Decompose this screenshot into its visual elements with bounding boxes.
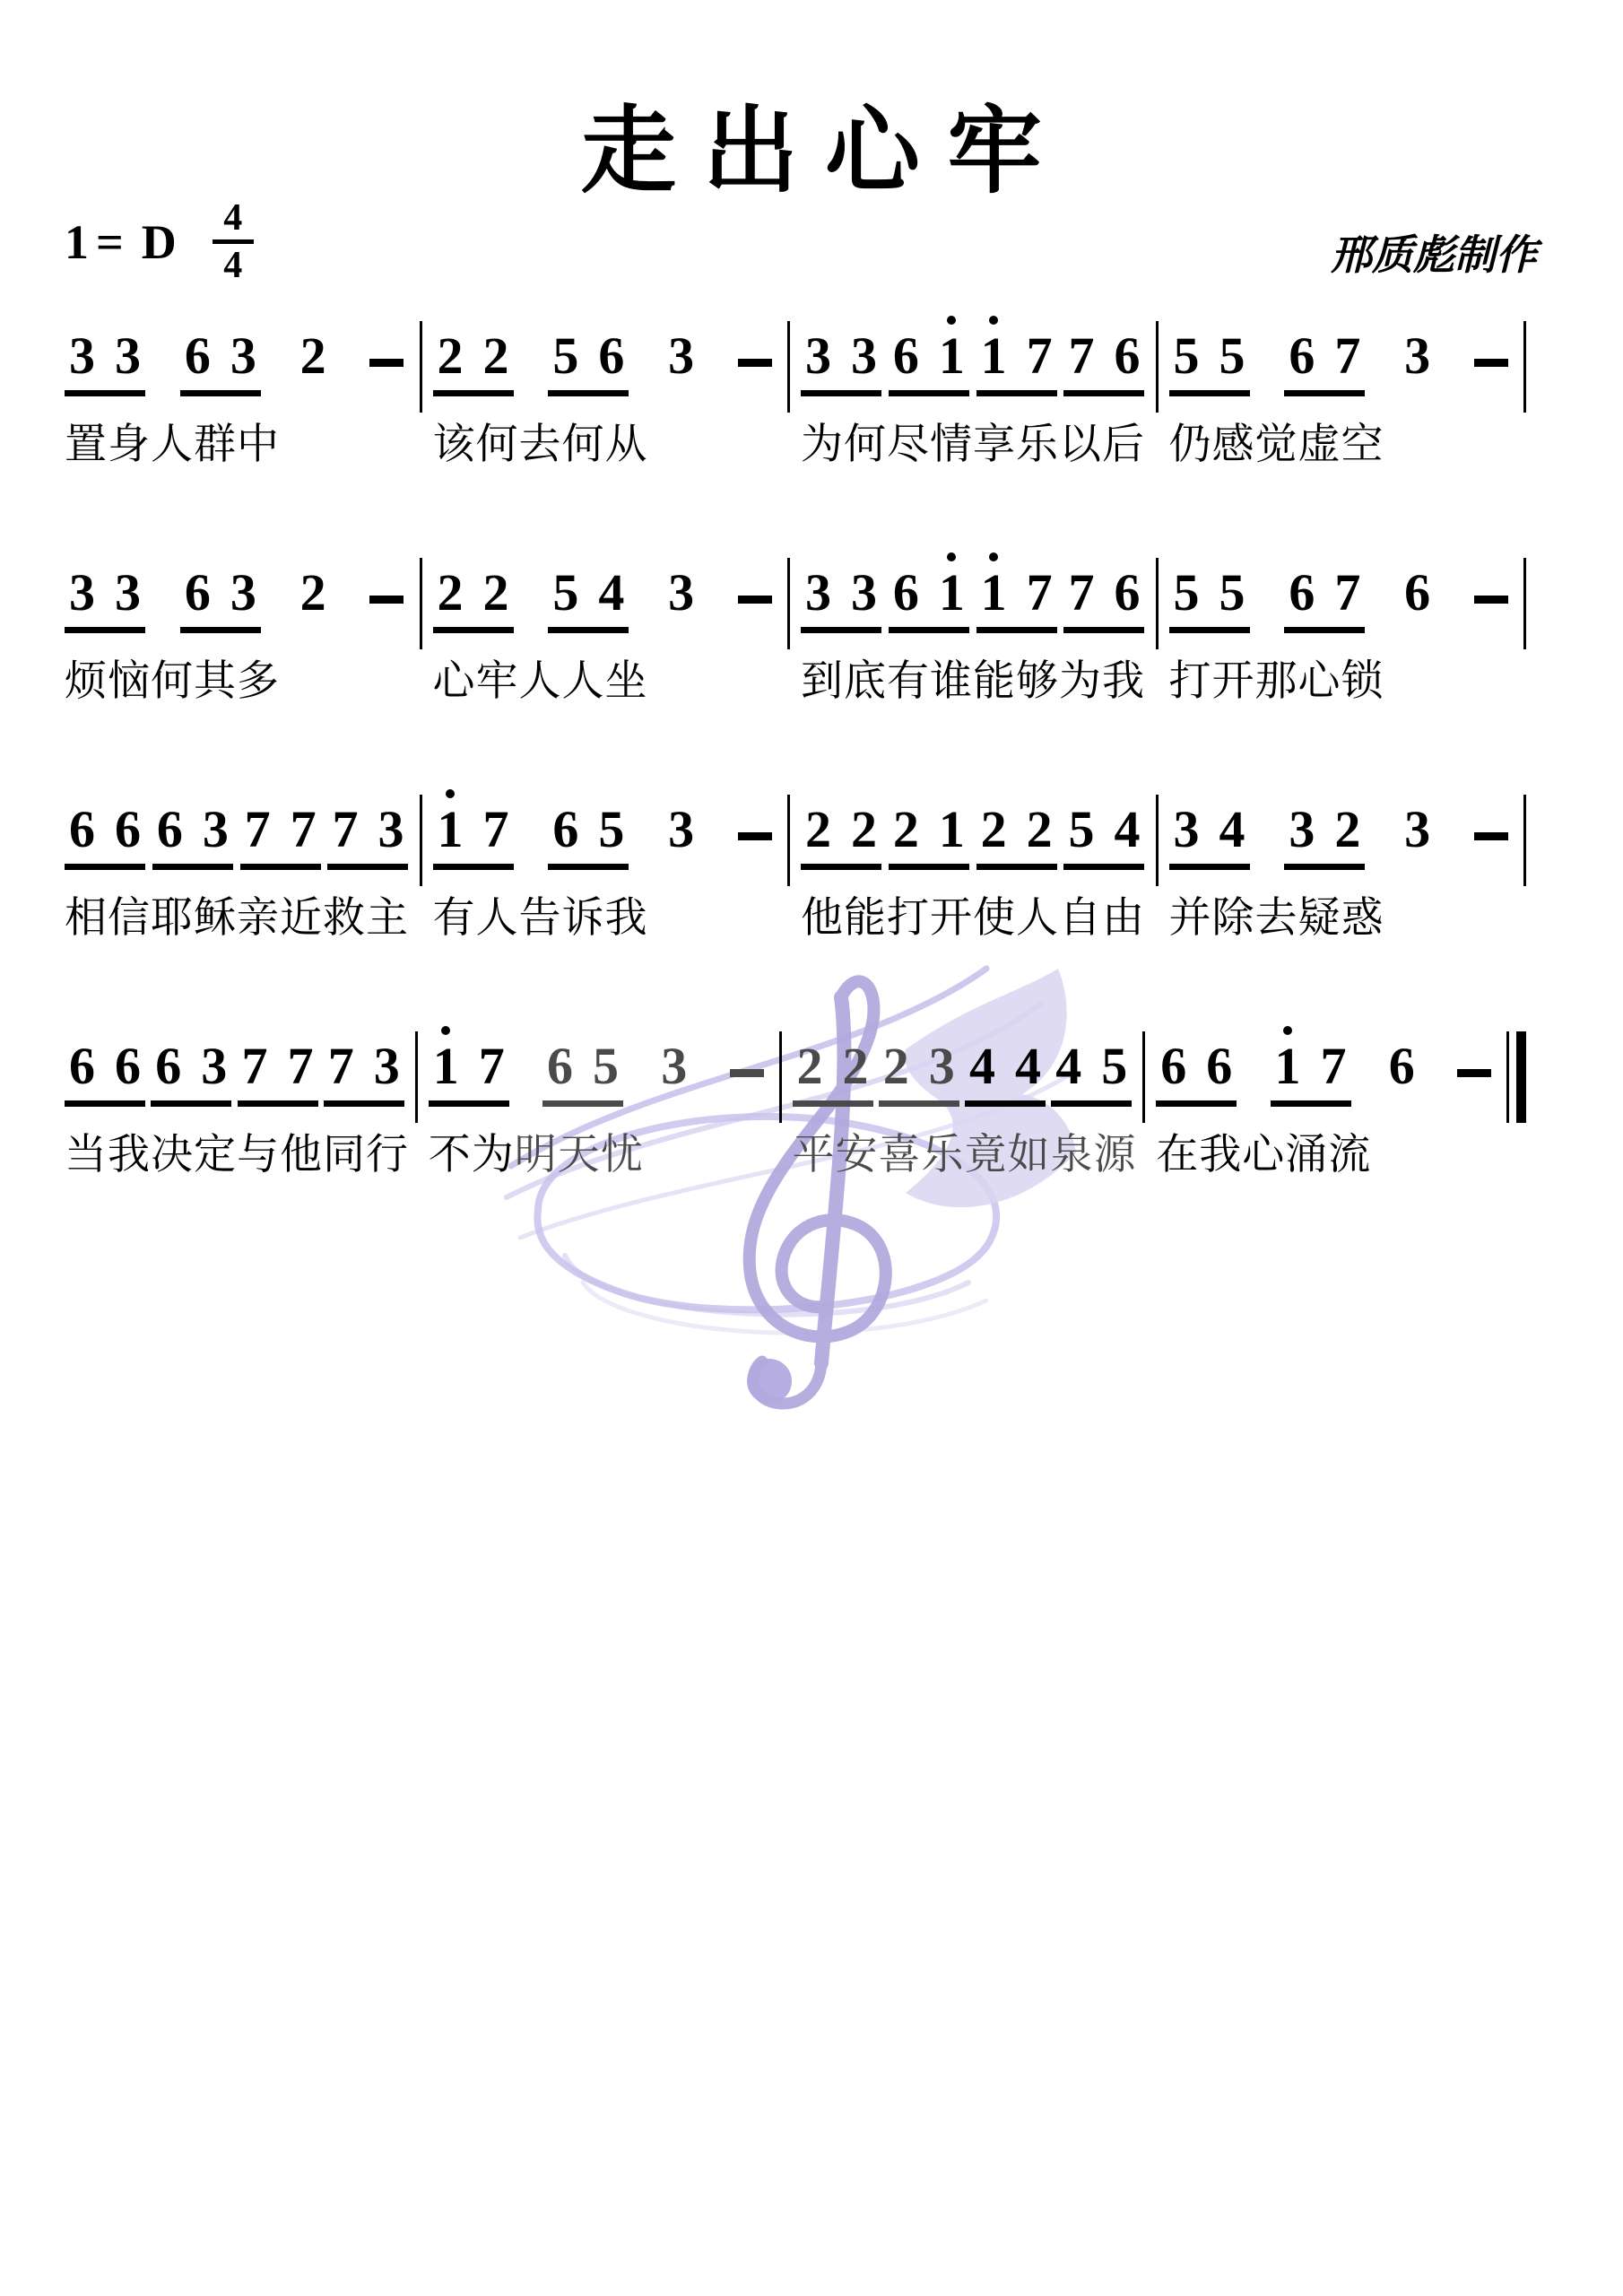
barline-stroke bbox=[1156, 321, 1159, 413]
note-digit: 7 bbox=[291, 804, 317, 856]
note-digit: 6 bbox=[155, 1040, 181, 1092]
meter-bar bbox=[213, 239, 254, 244]
note-digit: 3 bbox=[230, 330, 256, 382]
note-digit: 2 bbox=[805, 804, 831, 856]
note-digit: 6 bbox=[547, 1040, 573, 1092]
note-digit: 7 bbox=[332, 804, 358, 856]
measure: 55673仍感觉虚空 bbox=[1169, 314, 1514, 468]
note-digit: 6 bbox=[69, 1040, 95, 1092]
lyric-text: 相信耶稣亲近救主 bbox=[65, 893, 409, 941]
notes-row: 55673 bbox=[1169, 314, 1514, 396]
lyric-text: 他能打开使人自由 bbox=[801, 893, 1145, 941]
barline-stroke-thick bbox=[1516, 1031, 1526, 1123]
lyric-text: 烦恼何其多 bbox=[65, 657, 280, 704]
lyric-line: 为何尽情享乐以后 bbox=[801, 420, 1145, 468]
note-digit-high-octave: 1 bbox=[433, 1040, 459, 1092]
note-digit: 3 bbox=[851, 330, 877, 382]
note-digit: 7 bbox=[1321, 1040, 1347, 1092]
measure: 33632烦恼何其多 bbox=[65, 551, 409, 705]
barline-stroke bbox=[1506, 1031, 1509, 1123]
notes-row: 55676 bbox=[1169, 551, 1514, 633]
barline-stroke bbox=[420, 321, 422, 413]
note-digit: 6 bbox=[893, 330, 919, 382]
arranger-credit: 邢质彪制作 bbox=[1331, 222, 1537, 282]
beat-group: 44 bbox=[965, 1040, 1046, 1107]
note-digit: 4 bbox=[598, 567, 624, 619]
barline bbox=[1142, 1031, 1145, 1123]
lyric-text: 心牢人人坐 bbox=[433, 657, 648, 704]
barline bbox=[420, 321, 422, 413]
note-digit: 3 bbox=[69, 567, 95, 619]
barline-stroke bbox=[1523, 795, 1526, 886]
notes-row: 33632 bbox=[65, 551, 409, 633]
sheet-music-page: 走出心牢 1 = D 4 4 邢质彪制作 33632置身人群中22563 bbox=[0, 0, 1623, 2296]
beat-group: 3 bbox=[1400, 330, 1435, 396]
barline-stroke bbox=[787, 558, 790, 649]
note-digit: 6 bbox=[1206, 1040, 1232, 1092]
beat-group: 32 bbox=[1284, 804, 1365, 870]
note-digit: 2 bbox=[797, 1040, 823, 1092]
measure: 22212254他能打开使人自由 bbox=[801, 787, 1145, 942]
system-row: 33632置身人群中22563该何去何从33611776为何尽情享乐以后5567… bbox=[65, 314, 1537, 468]
note-digit: 6 bbox=[1160, 1040, 1186, 1092]
note-digit: 4 bbox=[1015, 1040, 1041, 1092]
note-digit: 3 bbox=[374, 1040, 400, 1092]
beat-group: 55 bbox=[1169, 567, 1250, 633]
note-digit: 3 bbox=[378, 804, 404, 856]
note-digit-high-octave: 1 bbox=[1275, 1040, 1301, 1092]
beat-group bbox=[733, 832, 777, 870]
note-digit: 2 bbox=[438, 330, 464, 382]
lyric-text: 平安喜乐竟如泉源 bbox=[793, 1130, 1137, 1178]
beat-group: 61 bbox=[889, 567, 969, 633]
note-digit-high-octave: 1 bbox=[981, 567, 1007, 619]
note-digit: 6 bbox=[157, 804, 183, 856]
barline-stroke bbox=[415, 1031, 418, 1123]
measure: 55676打开那心锁 bbox=[1169, 551, 1514, 705]
beat-group: 65 bbox=[548, 804, 629, 870]
lyric-text: 在我心涌流 bbox=[1156, 1130, 1371, 1178]
beat-group: 17 bbox=[429, 1040, 509, 1107]
beat-group: 73 bbox=[324, 1040, 404, 1107]
notes-row: 17653 bbox=[429, 1024, 768, 1107]
barline-stroke bbox=[787, 795, 790, 886]
notes-row: 33611776 bbox=[801, 314, 1145, 396]
lyric-line: 打开那心锁 bbox=[1169, 657, 1514, 705]
note-digit: 2 bbox=[1027, 804, 1053, 856]
barline-stroke bbox=[420, 558, 422, 649]
dash-extension bbox=[1474, 359, 1508, 367]
note-digit: 2 bbox=[300, 567, 326, 619]
beat-group: 66 bbox=[65, 804, 145, 870]
note-digit-high-octave: 1 bbox=[981, 330, 1007, 382]
note-digit: 3 bbox=[668, 567, 694, 619]
beat-group: 63 bbox=[152, 804, 233, 870]
score-system: 33632烦恼何其多22543心牢人人坐33611776到底有谁能够为我5567… bbox=[65, 551, 1537, 705]
lyric-line: 有人告诉我 bbox=[433, 893, 777, 942]
beat-group: 55 bbox=[1169, 330, 1250, 396]
barline bbox=[1156, 321, 1159, 413]
beat-group: 21 bbox=[889, 804, 969, 870]
note-digit: 6 bbox=[1114, 330, 1140, 382]
note-digit: 2 bbox=[483, 330, 509, 382]
note-digit: 3 bbox=[1404, 330, 1430, 382]
beat-group: 56 bbox=[548, 330, 629, 396]
measure: 66637773相信耶稣亲近救主 bbox=[65, 787, 409, 942]
note-digit: 7 bbox=[328, 1040, 354, 1092]
note-digit: 3 bbox=[1174, 804, 1200, 856]
beat-group: 67 bbox=[1284, 567, 1365, 633]
note-digit: 3 bbox=[668, 330, 694, 382]
note-digit: 7 bbox=[1334, 567, 1360, 619]
note-digit: 7 bbox=[479, 1040, 505, 1092]
note-digit: 5 bbox=[1174, 567, 1200, 619]
note-digit: 7 bbox=[483, 804, 509, 856]
note-digit: 6 bbox=[69, 804, 95, 856]
beat-group: 22 bbox=[976, 804, 1057, 870]
note-digit: 5 bbox=[1219, 330, 1245, 382]
note-digit: 6 bbox=[115, 804, 141, 856]
note-digit: 3 bbox=[115, 567, 141, 619]
tonic-letter: D bbox=[142, 214, 177, 270]
note-digit: 5 bbox=[552, 567, 578, 619]
score-system: 66637773相信耶稣亲近救主17653有人告诉我22212254他能打开使人… bbox=[65, 787, 1537, 942]
barline-stroke bbox=[1156, 795, 1159, 886]
note-digit: 6 bbox=[1114, 567, 1140, 619]
beat-group: 22 bbox=[801, 804, 881, 870]
page-title: 走出心牢 bbox=[0, 75, 1623, 212]
note-digit: 7 bbox=[1068, 567, 1094, 619]
dash-extension bbox=[1474, 832, 1508, 840]
note-digit: 3 bbox=[851, 567, 877, 619]
final-barline bbox=[1506, 1031, 1526, 1123]
note-digit: 6 bbox=[598, 330, 624, 382]
barline bbox=[779, 1031, 782, 1123]
notes-row: 66637773 bbox=[65, 787, 409, 870]
notes-row: 34323 bbox=[1169, 787, 1514, 870]
dash-extension bbox=[738, 596, 772, 604]
note-digit: 2 bbox=[1334, 804, 1360, 856]
notes-row: 22543 bbox=[433, 551, 777, 633]
lyric-text: 打开那心锁 bbox=[1169, 657, 1384, 704]
beat-group bbox=[1470, 359, 1513, 396]
note-digit: 4 bbox=[1055, 1040, 1081, 1092]
note-digit: 7 bbox=[288, 1040, 314, 1092]
dash-extension bbox=[369, 596, 404, 604]
note-digit: 3 bbox=[115, 330, 141, 382]
note-digit: 7 bbox=[245, 804, 271, 856]
note-digit: 6 bbox=[185, 567, 211, 619]
beat-group: 66 bbox=[1156, 1040, 1237, 1107]
lyric-line: 仍感觉虚空 bbox=[1169, 420, 1514, 468]
beat-group: 63 bbox=[151, 1040, 231, 1107]
barline-stroke bbox=[1523, 321, 1526, 413]
lyric-line: 置身人群中 bbox=[65, 420, 409, 468]
lyric-text: 置身人群中 bbox=[65, 420, 280, 467]
beat-group: 61 bbox=[889, 330, 969, 396]
barline bbox=[1156, 795, 1159, 886]
barline-stroke bbox=[1142, 1031, 1145, 1123]
beat-group: 73 bbox=[327, 804, 408, 870]
note-digit: 2 bbox=[438, 567, 464, 619]
note-digit: 3 bbox=[203, 804, 229, 856]
lyric-text: 该何去何从 bbox=[433, 420, 648, 467]
barline-stroke bbox=[420, 795, 422, 886]
dash-extension bbox=[369, 359, 404, 367]
scale-degree: 1 bbox=[65, 214, 89, 270]
note-digit: 5 bbox=[593, 1040, 619, 1092]
beat-group: 3 bbox=[664, 330, 699, 396]
lyric-line: 到底有谁能够为我 bbox=[801, 657, 1145, 705]
note-digit: 6 bbox=[1289, 330, 1315, 382]
note-digit: 3 bbox=[661, 1040, 687, 1092]
barline-stroke bbox=[779, 1031, 782, 1123]
dash-extension bbox=[1474, 596, 1508, 604]
beat-group: 77 bbox=[240, 804, 321, 870]
lyric-text: 明天忧 bbox=[515, 1130, 644, 1178]
system-row: 66637773当我决定与他同行17653不为明天忧22234445平安喜乐竟如… bbox=[65, 1024, 1537, 1178]
lyric-line: 烦恼何其多 bbox=[65, 657, 409, 705]
notes-row: 22563 bbox=[433, 314, 777, 396]
note-digit: 4 bbox=[969, 1040, 995, 1092]
score: 33632置身人群中22563该何去何从33611776为何尽情享乐以后5567… bbox=[65, 314, 1537, 1261]
note-digit: 6 bbox=[893, 567, 919, 619]
beat-group bbox=[365, 359, 408, 396]
note-digit-high-octave: 1 bbox=[438, 804, 464, 856]
meter-lower: 4 bbox=[223, 247, 242, 284]
measure: 33632置身人群中 bbox=[65, 314, 409, 468]
lyric-line: 他能打开使人自由 bbox=[801, 893, 1145, 942]
beat-group: 22 bbox=[433, 330, 514, 396]
beat-group: 6 bbox=[1384, 1040, 1419, 1107]
barline bbox=[420, 558, 422, 649]
beat-group bbox=[365, 596, 408, 633]
measure: 33611776到底有谁能够为我 bbox=[801, 551, 1145, 705]
beat-group: 65 bbox=[542, 1040, 623, 1107]
barline bbox=[1523, 795, 1526, 886]
note-digit: 5 bbox=[1101, 1040, 1127, 1092]
beat-group: 77 bbox=[238, 1040, 318, 1107]
note-digit: 2 bbox=[483, 567, 509, 619]
note-digit-high-octave: 1 bbox=[939, 330, 965, 382]
lyric-line: 不为明天忧 bbox=[429, 1130, 768, 1178]
note-digit: 5 bbox=[552, 330, 578, 382]
lyric-text: 为何尽情享乐以后 bbox=[801, 420, 1145, 467]
note-digit: 7 bbox=[1027, 330, 1053, 382]
notes-row: 33611776 bbox=[801, 551, 1145, 633]
note-digit: 3 bbox=[805, 330, 831, 382]
beat-group: 76 bbox=[1063, 330, 1144, 396]
beat-group: 17 bbox=[433, 804, 514, 870]
beat-group: 33 bbox=[65, 567, 145, 633]
beat-group: 54 bbox=[548, 567, 629, 633]
note-digit: 3 bbox=[1289, 804, 1315, 856]
equals-sign: = bbox=[96, 214, 124, 270]
note-digit: 2 bbox=[893, 804, 919, 856]
barline bbox=[787, 321, 790, 413]
note-digit: 3 bbox=[668, 804, 694, 856]
note-digit: 3 bbox=[1404, 804, 1430, 856]
lyric-line: 平安喜乐竟如泉源 bbox=[793, 1130, 1133, 1178]
beat-group: 33 bbox=[801, 567, 881, 633]
note-digit: 4 bbox=[1219, 804, 1245, 856]
beat-group bbox=[733, 596, 777, 633]
beat-group: 17 bbox=[976, 567, 1057, 633]
notes-row: 66176 bbox=[1156, 1024, 1496, 1107]
dash-extension bbox=[1457, 1069, 1491, 1077]
beat-group: 34 bbox=[1169, 804, 1250, 870]
note-digit: 7 bbox=[1334, 330, 1360, 382]
clef-bottom-blob bbox=[747, 1359, 792, 1404]
note-digit: 7 bbox=[242, 1040, 268, 1092]
lyric-line: 心牢人人坐 bbox=[433, 657, 777, 705]
lyric-line: 相信耶稣亲近救主 bbox=[65, 893, 409, 942]
note-digit: 3 bbox=[69, 330, 95, 382]
barline bbox=[787, 558, 790, 649]
beat-group: 2 bbox=[296, 567, 331, 633]
beat-group: 17 bbox=[976, 330, 1057, 396]
lyric-line: 并除去疑惑 bbox=[1169, 893, 1514, 942]
barline bbox=[787, 795, 790, 886]
note-digit: 2 bbox=[883, 1040, 909, 1092]
measure: 34323并除去疑惑 bbox=[1169, 787, 1514, 942]
barline bbox=[1523, 558, 1526, 649]
lyric-text: 当我决定与他同行 bbox=[65, 1130, 409, 1178]
barline bbox=[420, 795, 422, 886]
note-digit: 6 bbox=[552, 804, 578, 856]
note-digit: 1 bbox=[939, 804, 965, 856]
beat-group bbox=[1470, 832, 1513, 870]
barline-stroke bbox=[1156, 558, 1159, 649]
note-digit: 6 bbox=[115, 1040, 141, 1092]
note-digit: 6 bbox=[1289, 567, 1315, 619]
note-digit: 3 bbox=[230, 567, 256, 619]
beat-group: 63 bbox=[180, 567, 261, 633]
note-digit-high-octave: 1 bbox=[939, 567, 965, 619]
beat-group: 45 bbox=[1051, 1040, 1132, 1107]
beat-group: 63 bbox=[180, 330, 261, 396]
lyric-line: 该何去何从 bbox=[433, 420, 777, 468]
note-digit: 3 bbox=[805, 567, 831, 619]
beat-group: 67 bbox=[1284, 330, 1365, 396]
meter-upper: 4 bbox=[223, 199, 242, 237]
note-digit: 5 bbox=[598, 804, 624, 856]
note-digit: 7 bbox=[1068, 330, 1094, 382]
note-digit: 3 bbox=[201, 1040, 227, 1092]
beat-group: 3 bbox=[664, 804, 699, 870]
note-digit: 5 bbox=[1219, 567, 1245, 619]
measure: 17653不为明天忧 bbox=[429, 1024, 768, 1178]
lyric-line: 当我决定与他同行 bbox=[65, 1130, 404, 1178]
note-digit: 6 bbox=[1389, 1040, 1415, 1092]
notes-row: 17653 bbox=[433, 787, 777, 870]
measure: 22543心牢人人坐 bbox=[433, 551, 777, 705]
note-digit: 6 bbox=[185, 330, 211, 382]
notes-row: 22212254 bbox=[801, 787, 1145, 870]
beat-group: 54 bbox=[1063, 804, 1144, 870]
score-system: 33632置身人群中22563该何去何从33611776为何尽情享乐以后5567… bbox=[65, 314, 1537, 468]
lyric-line: 在我心涌流 bbox=[1156, 1130, 1496, 1178]
barline bbox=[1156, 558, 1159, 649]
lyric-text: 到底有谁能够为我 bbox=[801, 657, 1145, 704]
dash-extension bbox=[738, 832, 772, 840]
beat-group bbox=[725, 1069, 768, 1107]
beat-group: 2 bbox=[296, 330, 331, 396]
key-signature: 1 = D 4 4 bbox=[65, 199, 254, 284]
measure: 17653有人告诉我 bbox=[433, 787, 777, 942]
lyric-text: 不为 bbox=[429, 1130, 515, 1178]
dash-extension bbox=[730, 1069, 764, 1077]
note-digit: 7 bbox=[1027, 567, 1053, 619]
barline bbox=[415, 1031, 418, 1123]
score-system: 66637773当我决定与他同行17653不为明天忧22234445平安喜乐竟如… bbox=[65, 1024, 1537, 1178]
beat-group: 3 bbox=[656, 1040, 691, 1107]
notes-row: 33632 bbox=[65, 314, 409, 396]
system-row: 33632烦恼何其多22543心牢人人坐33611776到底有谁能够为我5567… bbox=[65, 551, 1537, 705]
measure: 22563该何去何从 bbox=[433, 314, 777, 468]
barline-stroke bbox=[1523, 558, 1526, 649]
measure: 66637773当我决定与他同行 bbox=[65, 1024, 404, 1178]
measure: 33611776为何尽情享乐以后 bbox=[801, 314, 1145, 468]
note-digit: 6 bbox=[1404, 567, 1430, 619]
measure: 66176在我心涌流 bbox=[1156, 1024, 1496, 1178]
dash-extension bbox=[738, 359, 772, 367]
beat-group: 22 bbox=[433, 567, 514, 633]
note-digit: 2 bbox=[300, 330, 326, 382]
beat-group: 17 bbox=[1271, 1040, 1351, 1107]
beat-group: 3 bbox=[1400, 804, 1435, 870]
beat-group: 3 bbox=[664, 567, 699, 633]
beat-group bbox=[1470, 596, 1513, 633]
note-digit: 2 bbox=[851, 804, 877, 856]
note-digit: 5 bbox=[1068, 804, 1094, 856]
notes-row: 22234445 bbox=[793, 1024, 1133, 1107]
measure: 22234445平安喜乐竟如泉源 bbox=[793, 1024, 1133, 1178]
barline-stroke bbox=[787, 321, 790, 413]
note-digit: 3 bbox=[929, 1040, 955, 1092]
time-signature: 4 4 bbox=[213, 199, 254, 284]
beat-group: 23 bbox=[879, 1040, 959, 1107]
beat-group: 6 bbox=[1400, 567, 1435, 633]
beat-group: 33 bbox=[801, 330, 881, 396]
barline bbox=[1523, 321, 1526, 413]
beat-group: 76 bbox=[1063, 567, 1144, 633]
lyric-text: 并除去疑惑 bbox=[1169, 893, 1384, 941]
beat-group: 66 bbox=[65, 1040, 145, 1107]
lyric-text: 仍感觉虚空 bbox=[1169, 420, 1384, 467]
notes-row: 66637773 bbox=[65, 1024, 404, 1107]
beat-group: 33 bbox=[65, 330, 145, 396]
note-digit: 2 bbox=[981, 804, 1007, 856]
system-row: 66637773相信耶稣亲近救主17653有人告诉我22212254他能打开使人… bbox=[65, 787, 1537, 942]
note-digit: 4 bbox=[1114, 804, 1140, 856]
beat-group: 22 bbox=[793, 1040, 873, 1107]
note-digit: 2 bbox=[843, 1040, 869, 1092]
note-digit: 5 bbox=[1174, 330, 1200, 382]
beat-group bbox=[733, 359, 777, 396]
beat-group bbox=[1453, 1069, 1496, 1107]
lyric-text: 有人告诉我 bbox=[433, 893, 648, 941]
